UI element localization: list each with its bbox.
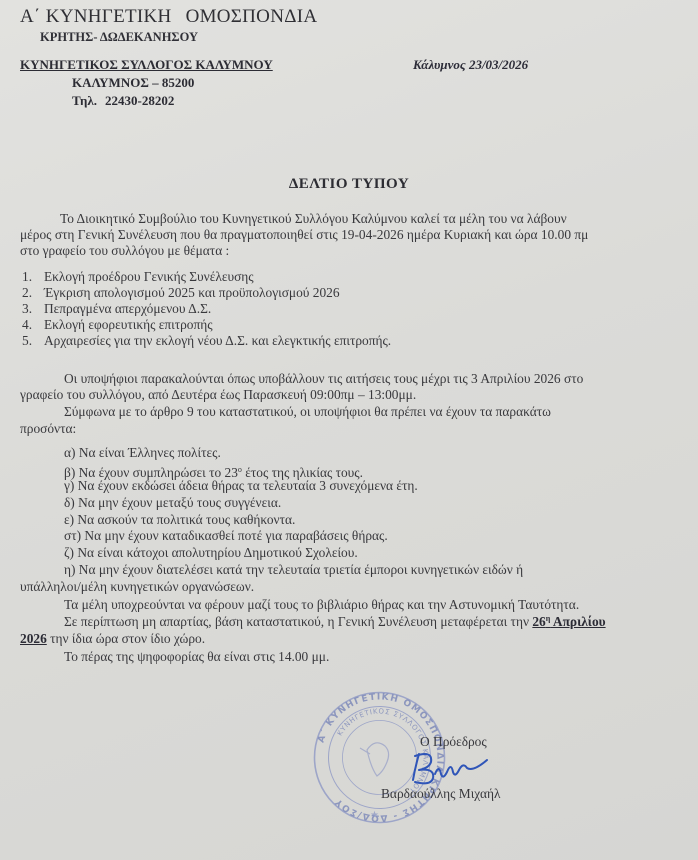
- federation-name: Α΄ ΚΥΝΗΓΕΤΙΚΗΟΜΟΣΠΟΝΔΙΑ: [20, 6, 317, 28]
- postponed-day: 26: [532, 614, 545, 629]
- qualification-item-continued: υπάλληλοι/μέλη κυνηγετικών οργανώσεων.: [20, 579, 254, 595]
- handwritten-signature-icon: [405, 748, 495, 788]
- federation-name-part2: ΟΜΟΣΠΟΝΔΙΑ: [186, 6, 318, 27]
- postponed-year: 2026: [20, 631, 47, 646]
- agenda-number: 4.: [22, 317, 32, 333]
- quorum-line-1: Σε περίπτωση μη απαρτίας, βάση καταστατι…: [64, 614, 606, 630]
- qualifications-list: α) Να είναι Έλληνες πολίτες. β) Να έχουν…: [64, 445, 523, 579]
- agenda-text: Εκλογή εφορευτικής επιτροπής: [44, 317, 213, 333]
- press-release-document: Α΄ ΚΥΝΗΓΕΤΙΚΗΟΜΟΣΠΟΝΔΙΑ ΚΡΗΤΗΣ- ΔΩΔΕΚΑΝΗ…: [0, 0, 698, 860]
- agenda-text: Αρχαιρεσίες για την εκλογή νέου Δ.Σ. και…: [44, 333, 391, 349]
- phone-number: 22430-28202: [105, 93, 174, 108]
- quorum-line-2: 2026 την ίδια ώρα στον ίδιο χώρο.: [20, 631, 205, 647]
- agenda-number: 2.: [22, 285, 32, 301]
- qualification-item: δ) Να μην έχουν μεταξύ τους συγγένεια.: [64, 495, 523, 512]
- qualification-item: γ) Να έχουν εκδώσει άδεια θήρας τα τελευ…: [64, 478, 523, 495]
- signatory-name: Βαρδαούλλης Μιχαήλ: [381, 786, 500, 802]
- postponed-date: 26η Απριλίου: [532, 614, 605, 629]
- intro-line-1: Το Διοικητικό Συμβούλιο του Κυνηγετικού …: [60, 211, 567, 227]
- svg-text:★: ★: [370, 810, 379, 821]
- intro-line-2: μέρος στη Γενική Συνέλευση που θα πραγμα…: [20, 227, 588, 243]
- agenda-number: 5.: [22, 333, 32, 349]
- qualification-item: στ) Να μην έχουν καταδικασθεί ποτέ για π…: [64, 528, 523, 545]
- qualification-item: η) Να μην έχουν διατελέσει κατά την τελε…: [64, 562, 523, 579]
- applications-line-2: γραφείο του συλλόγου, από Δευτέρα έως Πα…: [20, 387, 416, 403]
- club-name: ΚΥΝΗΓΕΤΙΚΟΣ ΣΥΛΛΟΓΟΣ ΚΑΛΥΜΝΟΥ: [20, 57, 273, 73]
- agenda-number: 3.: [22, 301, 32, 317]
- agenda-text: Πεπραγμένα απερχόμενου Δ.Σ.: [44, 301, 211, 317]
- quorum-text: Σε περίπτωση μη απαρτίας, βάση καταστατι…: [64, 614, 532, 629]
- federation-region: ΚΡΗΤΗΣ- ΔΩΔΕΚΑΝΗΣΟΥ: [40, 30, 198, 45]
- quorum-text: την ίδια ώρα στον ίδιο χώρο.: [47, 631, 205, 646]
- qualification-item: ε) Να ασκούν τα πολιτικά τους καθήκοντα.: [64, 512, 523, 529]
- federation-name-part1: Α΄ ΚΥΝΗΓΕΤΙΚΗ: [20, 6, 172, 27]
- applications-line-1: Οι υποψήφιοι παρακαλούνται όπως υποβάλλο…: [64, 371, 583, 387]
- phone-label: Τηλ.: [72, 93, 97, 108]
- intro-line-3: στο γραφείο του συλλόγου με θέματα :: [20, 243, 229, 259]
- qualification-item: α) Να είναι Έλληνες πολίτες.: [64, 445, 523, 462]
- postponed-month: Απριλίου: [550, 614, 605, 629]
- statute-line-2: προσόντα:: [20, 421, 76, 437]
- qualification-item: ζ) Να είναι κάτοχοι απολυτηρίου Δημοτικο…: [64, 545, 523, 562]
- vote-end-line: Το πέρας της ψηφοφορίας θα είναι στις 14…: [64, 649, 329, 665]
- agenda-text: Έγκριση απολογισμού 2025 και προϋπολογισ…: [44, 285, 340, 301]
- agenda-number: 1.: [22, 269, 32, 285]
- document-title: ΔΕΛΤΙΟ ΤΥΠΟΥ: [0, 176, 698, 193]
- qualification-item: β) Να έχουν συμπληρώσει το 23ο έτος της …: [64, 462, 523, 479]
- place-date: Κάλυμνος 23/03/2026: [413, 57, 528, 73]
- club-city: ΚΑΛΥΜΝΟΣ – 85200: [72, 75, 194, 91]
- agenda-text: Εκλογή προέδρου Γενικής Συνέλευσης: [44, 269, 254, 285]
- id-requirement-line: Τα μέλη υποχρεούνται να φέρουν μαζί τους…: [64, 597, 579, 613]
- statute-line-1: Σύμφωνα με το άρθρο 9 του καταστατικού, …: [64, 404, 551, 420]
- club-phone: Τηλ.22430-28202: [72, 93, 174, 109]
